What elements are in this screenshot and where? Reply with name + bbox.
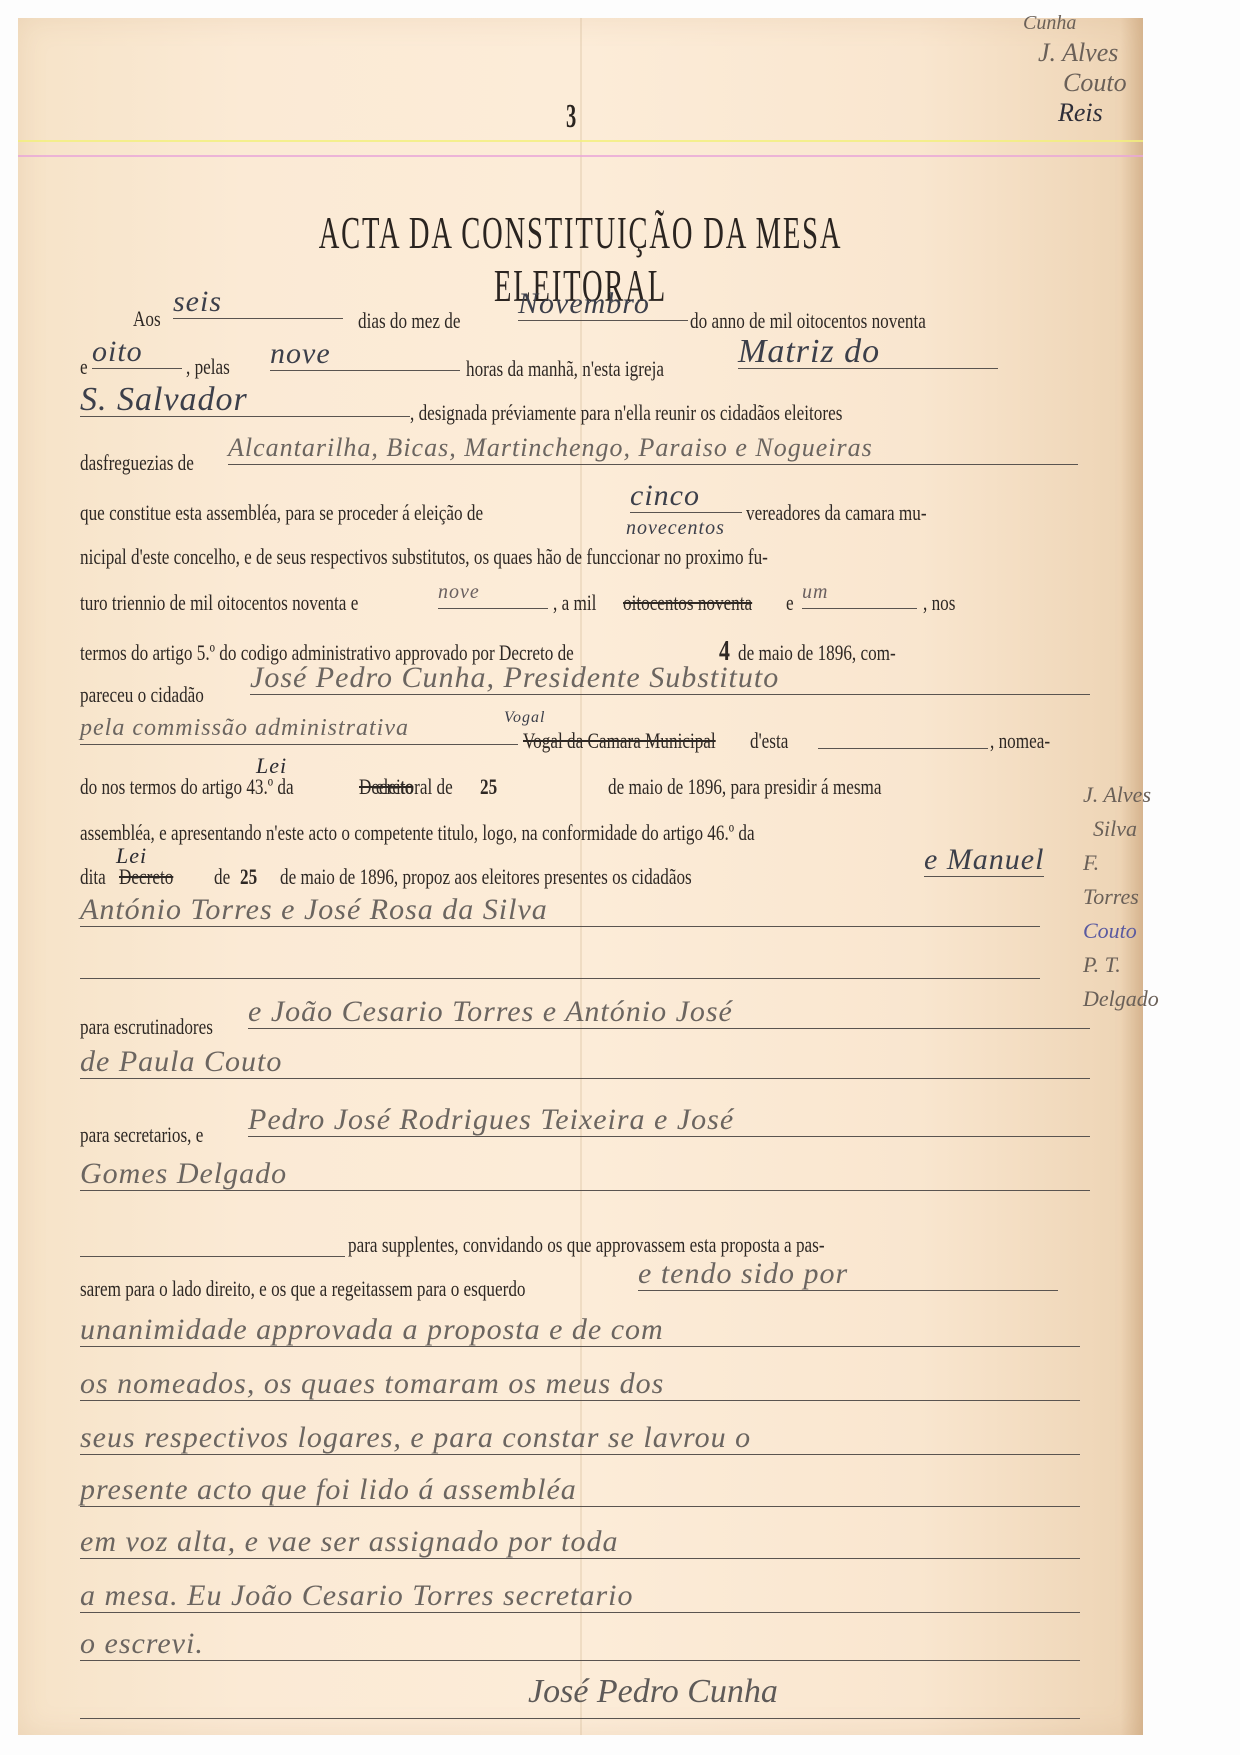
struck-text: oitocentos noventa bbox=[623, 590, 752, 616]
printed-text: dita bbox=[80, 864, 106, 890]
printed-text: horas da manhã, n'esta igreja bbox=[466, 356, 664, 382]
struck-text: Decreto bbox=[119, 864, 173, 890]
printed-text: assembléa, e apresentando n'este acto o … bbox=[80, 820, 755, 846]
closing-line-2: unanimidade approvada a proposta e de co… bbox=[80, 1314, 1080, 1347]
closing-line-5: presente acto que foi lido á assembléa bbox=[80, 1474, 1080, 1507]
printed-text: Aos bbox=[133, 306, 161, 332]
blank-line bbox=[80, 978, 1040, 979]
printed-text: que constitue esta assembléa, para se pr… bbox=[80, 500, 483, 526]
closing-line-8: o escrevi. bbox=[80, 1628, 1080, 1661]
printed-text: de maio de 1896, para presidir á mesma bbox=[608, 774, 882, 800]
field-year: oito bbox=[92, 336, 182, 369]
printed-text: e bbox=[786, 590, 794, 616]
closing-line-7: a mesa. Eu João Cesario Torres secretari… bbox=[80, 1580, 1080, 1613]
margin-signature: J. Alves bbox=[1083, 778, 1159, 812]
printed-text: eleitoral de bbox=[376, 774, 453, 800]
printed-text: do nos termos do artigo 43.º da bbox=[80, 774, 294, 800]
field-secretaries-2: Gomes Delgado bbox=[80, 1158, 1090, 1191]
field-hour: nove bbox=[270, 338, 460, 371]
right-margin-signatures: J. Alves Silva F. Torres Couto P. T. Del… bbox=[1083, 778, 1159, 1016]
margin-signature: Couto bbox=[1083, 914, 1159, 948]
page-number: 3 bbox=[566, 98, 576, 136]
margin-signature: P. T. bbox=[1083, 948, 1159, 982]
printed-text: de maio de 1896, propoz aos eleitores pr… bbox=[280, 864, 692, 890]
pink-rule bbox=[18, 155, 1143, 157]
printed-text: dias do mez de bbox=[358, 308, 460, 334]
field-month: Novembro bbox=[518, 288, 688, 321]
printed-text: turo triennio de mil oitocentos noventa … bbox=[80, 590, 358, 616]
field-parishes: Alcantarilha, Bicas, Martinchengo, Parai… bbox=[228, 432, 1078, 465]
handwritten-digit: 25 bbox=[480, 774, 497, 800]
field-scrutineers-2: de Paula Couto bbox=[80, 1046, 1090, 1079]
field-term-2: um bbox=[802, 576, 917, 609]
closing-line-6: em voz alta, e vae ser assignado por tod… bbox=[80, 1526, 1080, 1559]
printed-text: para escrutinadores bbox=[80, 1014, 213, 1040]
printed-text: para supplentes, convidando os que appro… bbox=[348, 1232, 825, 1258]
field-term-1: nove bbox=[438, 576, 548, 609]
closing-line-3: os nomeados, os quaes tomaram os meus do… bbox=[80, 1368, 1080, 1401]
struck-text: Vogal da Camara Municipal bbox=[523, 728, 716, 754]
printed-text: sarem para o lado direito, e os que a re… bbox=[80, 1276, 526, 1302]
field-church-2: S. Salvador bbox=[80, 384, 410, 417]
margin-signature: J. Alves bbox=[1038, 38, 1127, 68]
signature-president: José Pedro Cunha bbox=[528, 1673, 778, 1711]
field-day: seis bbox=[173, 286, 343, 319]
margin-signature: Reis bbox=[1058, 98, 1127, 128]
printed-text: para secretarios, e bbox=[80, 1122, 203, 1148]
field-count: cinco bbox=[630, 480, 742, 513]
printed-text: , designada préviamente para n'ella reun… bbox=[410, 400, 842, 426]
printed-text: do anno de mil oitocentos noventa bbox=[690, 308, 926, 334]
printed-text: , nomea- bbox=[990, 728, 1050, 754]
yellow-rule bbox=[18, 140, 1143, 142]
top-stamp-signature: Cunha bbox=[1023, 12, 1076, 35]
printed-text: nicipal d'este concelho, e de seus respe… bbox=[80, 544, 768, 570]
closing-line-1: e tendo sido por bbox=[638, 1258, 1058, 1291]
printed-text: vereadores da camara mu- bbox=[746, 500, 927, 526]
document-page: Cunha J. Alves Couto Reis 3 ACTA DA CONS… bbox=[18, 18, 1143, 1735]
field-citizen: José Pedro Cunha, Presidente Substituto bbox=[250, 662, 1090, 695]
margin-signature: F. Torres bbox=[1083, 846, 1159, 914]
top-right-signatures: J. Alves Couto Reis bbox=[1038, 38, 1127, 128]
printed-text: e bbox=[80, 354, 88, 380]
field-scrutineers-1: e João Cesario Torres e António José bbox=[248, 996, 1090, 1029]
printed-text: de bbox=[214, 864, 230, 890]
margin-signature: Couto bbox=[1063, 68, 1127, 98]
field-proposed-2: António Torres e José Rosa da Silva bbox=[80, 894, 1040, 927]
correction-novecentos: novecentos bbox=[626, 512, 725, 544]
handwritten-digit: 25 bbox=[240, 864, 257, 890]
printed-text: dasfreguezias de bbox=[80, 450, 194, 476]
printed-text: , pelas bbox=[186, 354, 230, 380]
blank-line bbox=[818, 748, 988, 749]
printed-text: pareceu o cidadão bbox=[80, 682, 204, 708]
closing-line-4: seus respectivos logares, e para constar… bbox=[80, 1422, 1080, 1455]
blank-supplentes bbox=[80, 1256, 345, 1257]
printed-text: , a mil bbox=[553, 590, 596, 616]
field-secretaries-1: Pedro José Rodrigues Teixeira e José bbox=[248, 1104, 1090, 1137]
printed-text: d'esta bbox=[750, 728, 788, 754]
field-proposed-1: e Manuel bbox=[924, 844, 1044, 877]
field-citizen-2: pela commissão administrativa bbox=[80, 712, 518, 745]
blank-line bbox=[80, 1718, 1080, 1719]
field-church-1: Matriz do bbox=[738, 336, 998, 369]
margin-signature: Delgado bbox=[1083, 982, 1159, 1016]
margin-signature: Silva bbox=[1093, 812, 1159, 846]
printed-text: , nos bbox=[923, 590, 955, 616]
